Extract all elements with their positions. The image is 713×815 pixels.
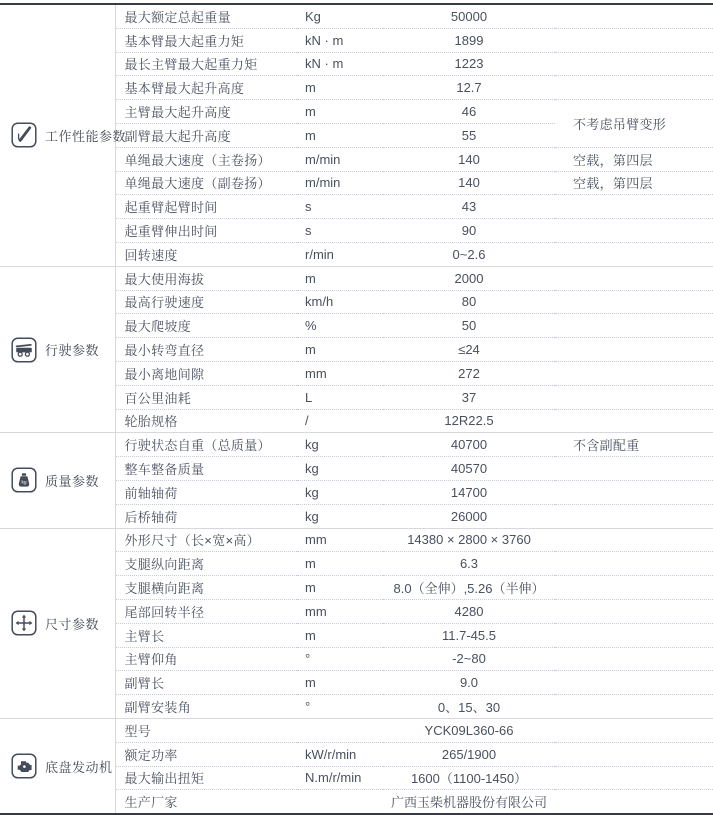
engine-icon <box>11 753 37 779</box>
table-row: 行驶参数最大使用海拔m2000 <box>0 266 713 290</box>
param-name: 型号 <box>115 718 297 742</box>
unit-label: % <box>297 314 383 338</box>
unit-label: L <box>297 385 383 409</box>
note-text <box>555 195 713 219</box>
svg-text:kg: kg <box>21 480 26 486</box>
table-row: 工作性能参数最大额定总起重量Kg50000 <box>0 4 713 28</box>
param-value: 2000 <box>383 266 555 290</box>
param-name: 最长主臂最大起重力矩 <box>115 52 297 76</box>
param-name: 基本臂最大起升高度 <box>115 76 297 100</box>
note-text <box>555 219 713 243</box>
section-title: 尺寸参数 <box>45 614 99 633</box>
param-name: 额定功率 <box>115 742 297 766</box>
param-name: 最大额定总起重量 <box>115 4 297 28</box>
unit-label: ° <box>297 695 383 719</box>
section-label-performance: 工作性能参数 <box>0 4 115 266</box>
section-title: 底盘发动机 <box>45 757 113 776</box>
note-text <box>555 314 713 338</box>
param-name: 百公里油耗 <box>115 385 297 409</box>
unit-label: mm <box>297 528 383 552</box>
unit-label: mm <box>297 361 383 385</box>
param-value: 1899 <box>383 28 555 52</box>
param-name: 最高行驶速度 <box>115 290 297 314</box>
param-name: 生产厂家 <box>115 790 297 814</box>
unit-label: m/min <box>297 147 383 171</box>
note-text <box>555 385 713 409</box>
param-name: 副臂安装角 <box>115 695 297 719</box>
param-value: 1600（1100-1450） <box>383 766 555 790</box>
note-text <box>555 266 713 290</box>
param-value: 37 <box>383 385 555 409</box>
note-text <box>555 504 713 528</box>
param-value: 40700 <box>383 433 555 457</box>
note-text <box>555 671 713 695</box>
note-text <box>555 242 713 266</box>
unit-label: kW/r/min <box>297 742 383 766</box>
note-text <box>555 742 713 766</box>
note-text <box>555 361 713 385</box>
param-value: 140 <box>383 171 555 195</box>
param-value: 272 <box>383 361 555 385</box>
param-name: 整车整备质量 <box>115 457 297 481</box>
param-value: 8.0（全伸）,5.26（半伸） <box>383 576 555 600</box>
param-value: 0~2.6 <box>383 242 555 266</box>
note-text <box>555 718 713 742</box>
param-name: 副臂长 <box>115 671 297 695</box>
section-dimension: 尺寸参数外形尺寸（长×宽×高）mm14380 × 2800 × 3760支腿纵向… <box>0 528 713 718</box>
unit-label: m/min <box>297 171 383 195</box>
note-text <box>555 695 713 719</box>
param-name: 主臂最大起升高度 <box>115 100 297 124</box>
param-value: 46 <box>383 100 555 124</box>
unit-label: kg <box>297 457 383 481</box>
note-text: 空载，第四层 <box>555 147 713 171</box>
unit-label: m <box>297 100 383 124</box>
param-name: 基本臂最大起重力矩 <box>115 28 297 52</box>
table-row: 尺寸参数外形尺寸（长×宽×高）mm14380 × 2800 × 3760 <box>0 528 713 552</box>
note-text: 空载，第四层 <box>555 171 713 195</box>
param-value: 80 <box>383 290 555 314</box>
param-name: 单绳最大速度（主卷扬） <box>115 147 297 171</box>
section-label-engine: 底盘发动机 <box>0 718 115 814</box>
note-text <box>555 409 713 433</box>
table-row: kg质量参数行驶状态自重（总质量）kg40700不含副配重 <box>0 433 713 457</box>
param-name: 行驶状态自重（总质量） <box>115 433 297 457</box>
param-name: 起重臂起臂时间 <box>115 195 297 219</box>
param-value: 14700 <box>383 480 555 504</box>
unit-label <box>297 790 383 814</box>
param-value: 12R22.5 <box>383 409 555 433</box>
param-name: 回转速度 <box>115 242 297 266</box>
param-name: 单绳最大速度（副卷扬） <box>115 171 297 195</box>
note-text <box>555 766 713 790</box>
unit-label: km/h <box>297 290 383 314</box>
param-value: 50000 <box>383 4 555 28</box>
param-value: 50 <box>383 314 555 338</box>
param-value: 55 <box>383 123 555 147</box>
note-text <box>555 790 713 814</box>
unit-label: Kg <box>297 4 383 28</box>
note-text <box>555 52 713 76</box>
unit-label: r/min <box>297 242 383 266</box>
unit-label: m <box>297 338 383 362</box>
unit-label: N.m/r/min <box>297 766 383 790</box>
param-name: 后桥轴荷 <box>115 504 297 528</box>
param-name: 外形尺寸（长×宽×高） <box>115 528 297 552</box>
note-text <box>555 457 713 481</box>
param-name: 尾部回转半径 <box>115 599 297 623</box>
unit-label: / <box>297 409 383 433</box>
crane-boom-icon <box>11 122 37 148</box>
param-value: ≤24 <box>383 338 555 362</box>
param-name: 主臂长 <box>115 623 297 647</box>
note-text <box>555 552 713 576</box>
section-mass: kg质量参数行驶状态自重（总质量）kg40700不含副配重整车整备质量kg405… <box>0 433 713 528</box>
section-title: 行驶参数 <box>45 340 99 359</box>
note-text <box>555 623 713 647</box>
note-text <box>555 28 713 52</box>
unit-label: m <box>297 552 383 576</box>
unit-label: s <box>297 195 383 219</box>
unit-label: m <box>297 671 383 695</box>
note-text <box>555 480 713 504</box>
move-arrows-icon <box>11 610 37 636</box>
spec-sheet-page: 工作性能参数最大额定总起重量Kg50000基本臂最大起重力矩kN · m1899… <box>0 0 713 815</box>
param-value: 1223 <box>383 52 555 76</box>
param-value: 265/1900 <box>383 742 555 766</box>
section-label-dimension: 尺寸参数 <box>0 528 115 718</box>
section-performance: 工作性能参数最大额定总起重量Kg50000基本臂最大起重力矩kN · m1899… <box>0 4 713 266</box>
param-value: 0、15、30 <box>383 695 555 719</box>
note-text <box>555 76 713 100</box>
param-name: 支腿横向距离 <box>115 576 297 600</box>
param-value: 广西玉柴机器股份有限公司 <box>383 790 555 814</box>
note-text <box>555 528 713 552</box>
param-value: 140 <box>383 147 555 171</box>
param-value: 4280 <box>383 599 555 623</box>
unit-label: m <box>297 123 383 147</box>
unit-label: ° <box>297 647 383 671</box>
param-value: 40570 <box>383 457 555 481</box>
spec-table: 工作性能参数最大额定总起重量Kg50000基本臂最大起重力矩kN · m1899… <box>0 3 713 815</box>
unit-label: kN · m <box>297 52 383 76</box>
unit-label: kg <box>297 480 383 504</box>
param-name: 支腿纵向距离 <box>115 552 297 576</box>
truck-icon <box>11 337 37 363</box>
section-label-mass: kg质量参数 <box>0 433 115 528</box>
param-name: 最大使用海拔 <box>115 266 297 290</box>
param-name: 轮胎规格 <box>115 409 297 433</box>
unit-label <box>297 718 383 742</box>
note-text: 不考虑吊臂变形 <box>555 100 713 148</box>
note-text <box>555 576 713 600</box>
section-engine: 底盘发动机型号YCK09L360-66额定功率kW/r/min265/1900最… <box>0 718 713 814</box>
param-value: YCK09L360-66 <box>383 718 555 742</box>
param-name: 最大输出扭矩 <box>115 766 297 790</box>
unit-label: m <box>297 576 383 600</box>
section-title: 质量参数 <box>45 471 99 490</box>
unit-label: m <box>297 623 383 647</box>
param-name: 最大爬坡度 <box>115 314 297 338</box>
note-text <box>555 338 713 362</box>
unit-label: mm <box>297 599 383 623</box>
unit-label: m <box>297 76 383 100</box>
unit-label: s <box>297 219 383 243</box>
param-name: 起重臂伸出时间 <box>115 219 297 243</box>
param-value: 26000 <box>383 504 555 528</box>
param-value: 12.7 <box>383 76 555 100</box>
note-text <box>555 290 713 314</box>
param-value: 6.3 <box>383 552 555 576</box>
param-value: 43 <box>383 195 555 219</box>
unit-label: kg <box>297 433 383 457</box>
param-value: 11.7-45.5 <box>383 623 555 647</box>
section-title: 工作性能参数 <box>45 126 126 145</box>
param-name: 主臂仰角 <box>115 647 297 671</box>
unit-label: kN · m <box>297 28 383 52</box>
note-text <box>555 4 713 28</box>
table-row: 底盘发动机型号YCK09L360-66 <box>0 718 713 742</box>
param-value: 9.0 <box>383 671 555 695</box>
param-value: 90 <box>383 219 555 243</box>
note-text: 不含副配重 <box>555 433 713 457</box>
section-driving: 行驶参数最大使用海拔m2000最高行驶速度km/h80最大爬坡度%50最小转弯直… <box>0 266 713 433</box>
unit-label: kg <box>297 504 383 528</box>
note-text <box>555 647 713 671</box>
param-value: -2~80 <box>383 647 555 671</box>
param-name: 副臂最大起升高度 <box>115 123 297 147</box>
param-name: 最小离地间隙 <box>115 361 297 385</box>
weight-icon: kg <box>11 467 37 493</box>
section-label-driving: 行驶参数 <box>0 266 115 433</box>
param-value: 14380 × 2800 × 3760 <box>383 528 555 552</box>
param-name: 最小转弯直径 <box>115 338 297 362</box>
note-text <box>555 599 713 623</box>
unit-label: m <box>297 266 383 290</box>
param-name: 前轴轴荷 <box>115 480 297 504</box>
